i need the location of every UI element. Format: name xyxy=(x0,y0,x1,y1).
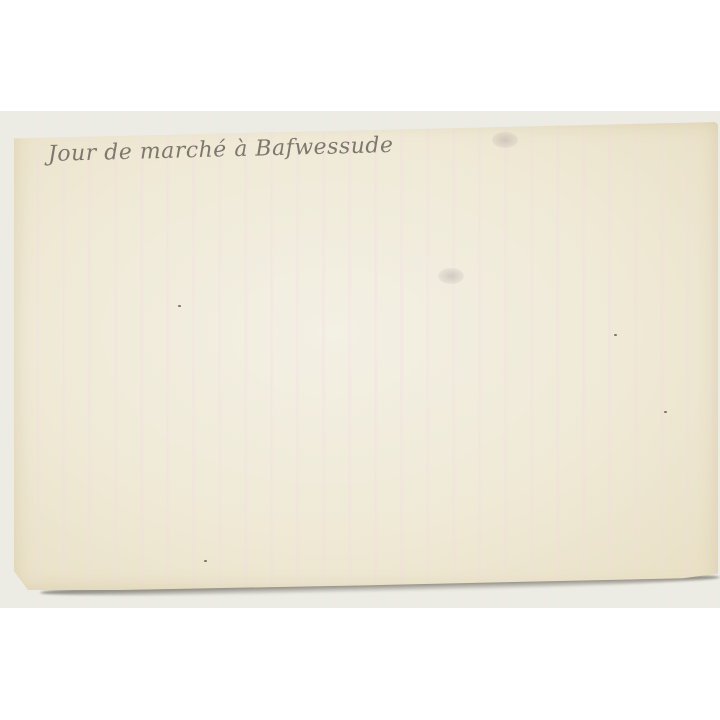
paper-smudge xyxy=(438,268,464,284)
stamp-smudge xyxy=(492,132,518,148)
paper-speck xyxy=(664,411,667,413)
paper-speck xyxy=(614,334,617,336)
paper-speck xyxy=(204,560,207,562)
photo-card-back xyxy=(14,122,718,590)
scan-page: Jour de marché à Bafwessude xyxy=(0,0,720,720)
paper-speck xyxy=(178,305,181,307)
